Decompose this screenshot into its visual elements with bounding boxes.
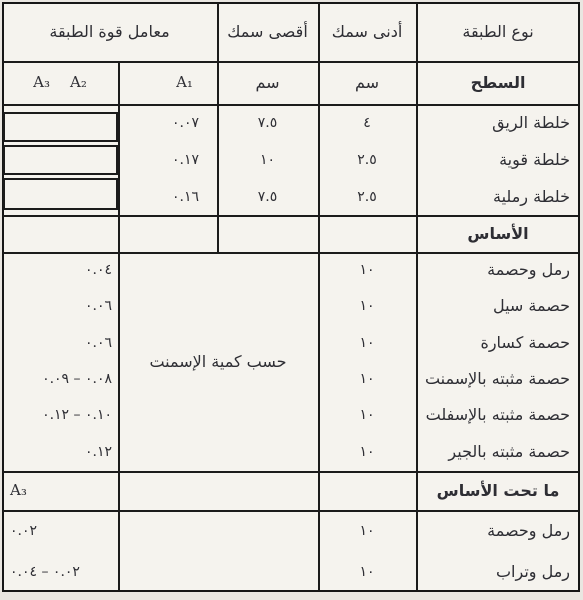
subbase-row-type: رمل وحصمة xyxy=(416,510,578,551)
surface-row-type: خلطة قوية xyxy=(416,141,578,178)
base-row-type: حصمة سيل xyxy=(416,288,578,324)
empty-a2a3-box-1 xyxy=(3,112,118,142)
base-row-a2: ٠.٠٦ xyxy=(2,288,118,324)
surface-row-min: ٢.٥ xyxy=(318,141,416,178)
empty-a2a3-box-3 xyxy=(3,178,118,210)
subbase-row-min: ١٠ xyxy=(318,551,416,592)
subbase-row-min: ١٠ xyxy=(318,510,416,551)
surface-row-max: ٧.٥ xyxy=(217,178,318,215)
section-title-base: الأساس xyxy=(416,215,580,252)
base-row-type: حصمة كسارة xyxy=(416,325,578,361)
base-row-a2: ٠.٠٨ – ٠.٠٩ xyxy=(2,361,118,397)
base-row-min: ١٠ xyxy=(318,397,416,433)
surface-row-a1: ٠.١٧ xyxy=(118,141,215,178)
header-strength-coeff: معامل قوة الطبقة xyxy=(2,2,217,61)
base-row-type: رمل وحصمة xyxy=(416,252,578,288)
base-row-a2: ٠.١٠ – ٠.١٢ xyxy=(2,397,118,433)
base-row-a2: ٠.١٢ xyxy=(2,434,118,470)
header-layer-type: نوع الطبقة xyxy=(416,2,580,61)
base-row-type: حصمة مثبته بالجير xyxy=(416,434,578,470)
empty-a2a3-box-2 xyxy=(3,145,118,175)
base-row-a2: ٠.٠٤ xyxy=(2,252,118,288)
subbase-row-a3: ٠.٠٢ xyxy=(2,510,118,551)
subbase-row-type: رمل وتراب xyxy=(416,551,578,592)
unit-cm-min: سم xyxy=(318,61,416,104)
base-row-min: ١٠ xyxy=(318,434,416,470)
base-row-type: حصمة مثبته بالإسفلت xyxy=(416,397,578,433)
base-row-min: ١٠ xyxy=(318,252,416,288)
label-a2: A₂ xyxy=(70,75,87,90)
base-a1-note: حسب كمية الإسمنت xyxy=(120,252,316,471)
header-min-thickness: أدنى سمك xyxy=(318,2,416,61)
surface-row-max: ١٠ xyxy=(217,141,318,178)
surface-row-min: ٤ xyxy=(318,104,416,141)
label-a3-subbase: A₃ xyxy=(2,471,118,510)
surface-row-type: خلطة الريق xyxy=(416,104,578,141)
base-row-min: ١٠ xyxy=(318,361,416,397)
unit-cm-max: سم xyxy=(217,61,318,104)
base-row-a2: ٠.٠٦ xyxy=(2,325,118,361)
base-row-min: ١٠ xyxy=(318,288,416,324)
scanned-table-page: نوع الطبقة أدنى سمك أقصى سمك معامل قوة ا… xyxy=(0,0,583,600)
header-max-thickness: أقصى سمك xyxy=(217,2,318,61)
label-a1: A₁ xyxy=(118,61,217,104)
section-title-surface: السطح xyxy=(416,61,580,104)
base-row-type: حصمة مثبته بالإسمنت xyxy=(416,361,578,397)
subbase-row-a3: ٠.٠٢ – ٠.٠٤ xyxy=(2,551,118,592)
surface-row-a1: ٠.٠٧ xyxy=(118,104,215,141)
surface-row-a1: ٠.١٦ xyxy=(118,178,215,215)
surface-row-type: خلطة رملية xyxy=(416,178,578,215)
surface-row-max: ٧.٥ xyxy=(217,104,318,141)
base-row-min: ١٠ xyxy=(318,325,416,361)
section-title-subbase: ما تحت الأساس xyxy=(416,471,580,510)
surface-row-min: ٢.٥ xyxy=(318,178,416,215)
label-a3: A₃ xyxy=(33,75,50,90)
